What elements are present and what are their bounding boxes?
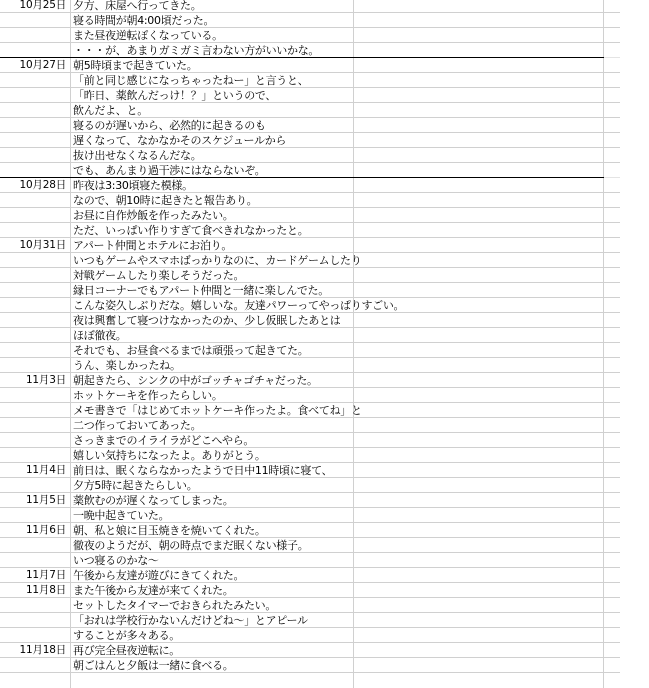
- entry-first-row[interactable]: 11月5日薬飲むのが遅くなってしまった。: [0, 493, 620, 508]
- date-cell[interactable]: [0, 148, 66, 162]
- diary-text-cell[interactable]: いつ寝るのかな～: [73, 553, 159, 567]
- entry-row[interactable]: 夜は興奮して寝つけなかったのか、少し仮眠したあとは: [0, 313, 620, 328]
- date-cell[interactable]: 11月6日: [0, 523, 66, 537]
- date-cell[interactable]: [0, 133, 66, 147]
- date-cell[interactable]: [0, 598, 66, 612]
- entry-row[interactable]: 「おれは学校行かないんだけどね～」とアピール: [0, 613, 620, 628]
- entry-row[interactable]: メモ書きで「はじめてホットケーキ作ったよ。食べてね」と: [0, 403, 620, 418]
- diary-text-cell[interactable]: また午後から友達が来てくれた。: [73, 583, 234, 597]
- diary-text-cell[interactable]: ただ、いっぱい作りすぎて食べきれなかったと。: [73, 223, 308, 237]
- entry-row[interactable]: それでも、お昼食べるまでは頑張って起きてた。: [0, 343, 620, 358]
- date-cell[interactable]: [0, 28, 66, 42]
- diary-text-cell[interactable]: セットしたタイマーでおきられたみたい。: [73, 598, 276, 612]
- date-cell[interactable]: 11月18日: [0, 643, 66, 657]
- diary-text-cell[interactable]: 徹夜のようだが、朝の時点でまだ眠くない様子。: [73, 538, 308, 552]
- diary-text-cell[interactable]: 午後から友達が遊びにきてくれた。: [73, 568, 244, 582]
- entry-first-row[interactable]: 11月8日また午後から友達が来てくれた。: [0, 583, 620, 598]
- diary-text-cell[interactable]: 夕方、床屋へ行ってきた。: [73, 0, 201, 12]
- entry-row[interactable]: ほぼ徹夜。: [0, 328, 620, 343]
- entry-row[interactable]: 遅くなって、なかなかそのスケジュールから: [0, 133, 620, 148]
- entry-row[interactable]: いつ寝るのかな～: [0, 553, 620, 568]
- entry-row[interactable]: うん、楽しかったね。: [0, 358, 620, 373]
- entry-first-row[interactable]: 11月4日前日は、眠くならなかったようで日中11時頃に寝て、: [0, 463, 620, 478]
- diary-text-cell[interactable]: 再び完全昼夜逆転に。: [73, 643, 180, 657]
- entry-row[interactable]: 「昨日、薬飲んだっけ！？」というので、: [0, 88, 620, 103]
- entry-row[interactable]: さっきまでのイライラがどこへやら。: [0, 433, 620, 448]
- date-cell[interactable]: [0, 418, 66, 432]
- date-cell[interactable]: [0, 103, 66, 117]
- date-cell[interactable]: [0, 478, 66, 492]
- diary-text-cell[interactable]: うん、楽しかったね。: [73, 358, 181, 372]
- date-cell[interactable]: [0, 448, 66, 462]
- date-cell[interactable]: [0, 13, 66, 27]
- entry-row[interactable]: ただ、いっぱい作りすぎて食べきれなかったと。: [0, 223, 620, 238]
- diary-text-cell[interactable]: 寝るのが遅いから、必然的に起きるのも: [73, 118, 266, 132]
- date-cell[interactable]: [0, 193, 66, 207]
- entry-row[interactable]: いつもゲームやスマホばっかりなのに、カードゲームしたり: [0, 253, 620, 268]
- entry-row[interactable]: 朝ごはんと夕飯は一緒に食べる。: [0, 658, 620, 673]
- diary-text-cell[interactable]: 夕方5時に起きたらしい。: [73, 478, 197, 492]
- date-cell[interactable]: 11月7日: [0, 568, 66, 582]
- date-cell[interactable]: [0, 388, 66, 402]
- diary-text-cell[interactable]: 「昨日、薬飲んだっけ！？」というので、: [73, 88, 276, 102]
- date-cell[interactable]: [0, 433, 66, 447]
- entry-row[interactable]: 寝る時間が朝4:00頃だった。: [0, 13, 620, 28]
- diary-text-cell[interactable]: こんな姿久しぶりだな。嬉しいな。友達パワーってやっぱりすごい。: [73, 298, 404, 312]
- date-cell[interactable]: [0, 283, 66, 297]
- diary-text-cell[interactable]: でも、あんまり過干渉にはならないぞ。: [73, 163, 265, 177]
- diary-text-cell[interactable]: 飲んだよ、と。: [73, 103, 148, 117]
- entry-row[interactable]: こんな姿久しぶりだな。嬉しいな。友達パワーってやっぱりすごい。: [0, 298, 620, 313]
- diary-text-cell[interactable]: することが多々ある。: [73, 628, 180, 642]
- entry-first-row[interactable]: 10月25日夕方、床屋へ行ってきた。: [0, 0, 620, 13]
- diary-text-cell[interactable]: さっきまでのイライラがどこへやら。: [73, 433, 254, 447]
- date-cell[interactable]: [0, 553, 66, 567]
- diary-text-cell[interactable]: 二つ作っておいてあった。: [73, 418, 201, 432]
- diary-text-cell[interactable]: 朝、私と娘に目玉焼きを焼いてくれた。: [73, 523, 266, 537]
- entry-row[interactable]: 徹夜のようだが、朝の時点でまだ眠くない様子。: [0, 538, 620, 553]
- entry-first-row[interactable]: 11月6日朝、私と娘に目玉焼きを焼いてくれた。: [0, 523, 620, 538]
- date-cell[interactable]: [0, 628, 66, 642]
- entry-first-row[interactable]: 11月7日午後から友達が遊びにきてくれた。: [0, 568, 620, 583]
- diary-text-cell[interactable]: いつもゲームやスマホばっかりなのに、カードゲームしたり: [73, 253, 361, 267]
- diary-text-cell[interactable]: 昨夜は3:30頃寝た模様。: [73, 178, 193, 192]
- diary-text-cell[interactable]: ほぼ徹夜。: [73, 328, 127, 342]
- date-cell[interactable]: [0, 88, 66, 102]
- date-cell[interactable]: [0, 403, 66, 417]
- diary-text-cell[interactable]: 一晩中起きていた。: [73, 508, 169, 522]
- date-cell[interactable]: [0, 358, 66, 372]
- entry-first-row[interactable]: 11月3日朝起きたら、シンクの中がゴッチャゴチャだった。: [0, 373, 620, 388]
- date-cell[interactable]: 11月4日: [0, 463, 66, 477]
- date-cell[interactable]: [0, 658, 66, 672]
- entry-row[interactable]: でも、あんまり過干渉にはならないぞ。: [0, 163, 604, 178]
- entry-row[interactable]: 寝るのが遅いから、必然的に起きるのも: [0, 118, 620, 133]
- date-cell[interactable]: [0, 73, 66, 87]
- diary-text-cell[interactable]: 嬉しい気持ちになったよ。ありがとう。: [73, 448, 266, 462]
- entry-row[interactable]: 二つ作っておいてあった。: [0, 418, 620, 433]
- diary-text-cell[interactable]: 対戦ゲームしたり楽しそうだった。: [73, 268, 244, 282]
- entry-first-row[interactable]: 11月18日再び完全昼夜逆転に。: [0, 643, 620, 658]
- date-cell[interactable]: [0, 298, 66, 312]
- diary-text-cell[interactable]: それでも、お昼食べるまでは頑張って起きてた。: [73, 343, 308, 357]
- diary-text-cell[interactable]: 遅くなって、なかなかそのスケジュールから: [73, 133, 286, 147]
- diary-text-cell[interactable]: 朝5時頃まで起きていた。: [73, 58, 197, 72]
- diary-text-cell[interactable]: ホットケーキを作ったらしい。: [73, 388, 223, 402]
- entry-row[interactable]: なので、朝10時に起きたと報告あり。: [0, 193, 620, 208]
- entry-row[interactable]: お昼に自作炒飯を作ったみたい。: [0, 208, 620, 223]
- diary-text-cell[interactable]: 「おれは学校行かないんだけどね～」とアピール: [73, 613, 308, 627]
- diary-text-cell[interactable]: 寝る時間が朝4:00頃だった。: [73, 13, 214, 27]
- entry-row[interactable]: 抜け出せなくなるんだな。: [0, 148, 620, 163]
- diary-text-cell[interactable]: お昼に自作炒飯を作ったみたい。: [73, 208, 234, 222]
- empty-row[interactable]: [0, 673, 649, 688]
- entry-row[interactable]: また昼夜逆転ぽくなっている。: [0, 28, 620, 43]
- diary-text-cell[interactable]: 薬飲むのが遅くなってしまった。: [73, 493, 234, 507]
- entry-row[interactable]: することが多々ある。: [0, 628, 620, 643]
- date-cell[interactable]: [0, 343, 66, 357]
- entry-row[interactable]: ・・・が、あまりガミガミ言わない方がいいかな。: [0, 43, 604, 58]
- date-cell[interactable]: [0, 508, 66, 522]
- diary-text-cell[interactable]: メモ書きで「はじめてホットケーキ作ったよ。食べてね」と: [73, 403, 362, 417]
- entry-row[interactable]: 縁日コーナーでもアパート仲間と一緒に楽しんでた。: [0, 283, 620, 298]
- date-cell[interactable]: 11月8日: [0, 583, 66, 597]
- diary-text-cell[interactable]: 縁日コーナーでもアパート仲間と一緒に楽しんでた。: [73, 283, 329, 297]
- entry-first-row[interactable]: 10月27日朝5時頃まで起きていた。: [0, 58, 620, 73]
- entry-row[interactable]: 対戦ゲームしたり楽しそうだった。: [0, 268, 620, 283]
- date-cell[interactable]: 10月25日: [0, 0, 66, 12]
- diary-text-cell[interactable]: 前日は、眠くならなかったようで日中11時頃に寝て、: [73, 463, 332, 477]
- date-cell[interactable]: [0, 538, 66, 552]
- date-cell[interactable]: [0, 223, 66, 237]
- diary-text-cell[interactable]: ・・・が、あまりガミガミ言わない方がいいかな。: [73, 43, 319, 57]
- entry-first-row[interactable]: 10月31日アパート仲間とホテルにお泊り。: [0, 238, 620, 253]
- diary-text-cell[interactable]: なので、朝10時に起きたと報告あり。: [73, 193, 257, 207]
- date-cell[interactable]: 11月5日: [0, 493, 66, 507]
- entry-row[interactable]: セットしたタイマーでおきられたみたい。: [0, 598, 620, 613]
- diary-text-cell[interactable]: 「前と同じ感じになっちゃったねー」と言うと、: [73, 73, 308, 87]
- diary-text-cell[interactable]: 夜は興奮して寝つけなかったのか、少し仮眠したあとは: [73, 313, 341, 327]
- diary-text-cell[interactable]: また昼夜逆転ぽくなっている。: [73, 28, 223, 42]
- entry-row[interactable]: 飲んだよ、と。: [0, 103, 620, 118]
- entry-row[interactable]: 一晩中起きていた。: [0, 508, 620, 523]
- date-cell[interactable]: [0, 313, 66, 327]
- date-cell[interactable]: 11月3日: [0, 373, 66, 387]
- date-cell[interactable]: [0, 253, 66, 267]
- entry-first-row[interactable]: 10月28日昨夜は3:30頃寝た模様。: [0, 178, 620, 193]
- entry-row[interactable]: ホットケーキを作ったらしい。: [0, 388, 620, 403]
- entry-row[interactable]: 嬉しい気持ちになったよ。ありがとう。: [0, 448, 620, 463]
- date-cell[interactable]: 10月31日: [0, 238, 66, 252]
- spreadsheet-grid: 10月25日夕方、床屋へ行ってきた。寝る時間が朝4:00頃だった。また昼夜逆転ぽ…: [0, 0, 649, 688]
- diary-text-cell[interactable]: アパート仲間とホテルにお泊り。: [73, 238, 232, 252]
- diary-text-cell[interactable]: 朝ごはんと夕飯は一緒に食べる。: [73, 658, 234, 672]
- date-cell[interactable]: [0, 613, 66, 627]
- date-cell[interactable]: [0, 208, 66, 222]
- date-cell[interactable]: [0, 163, 66, 177]
- entry-row[interactable]: 夕方5時に起きたらしい。: [0, 478, 620, 493]
- diary-text-cell[interactable]: 朝起きたら、シンクの中がゴッチャゴチャだった。: [73, 373, 318, 387]
- entry-row[interactable]: 「前と同じ感じになっちゃったねー」と言うと、: [0, 73, 620, 88]
- date-cell[interactable]: 10月28日: [0, 178, 66, 192]
- date-cell[interactable]: [0, 268, 66, 282]
- date-cell[interactable]: [0, 118, 66, 132]
- date-cell[interactable]: [0, 43, 66, 57]
- date-cell[interactable]: 10月27日: [0, 58, 66, 72]
- date-cell[interactable]: [0, 328, 66, 342]
- diary-text-cell[interactable]: 抜け出せなくなるんだな。: [73, 148, 201, 162]
